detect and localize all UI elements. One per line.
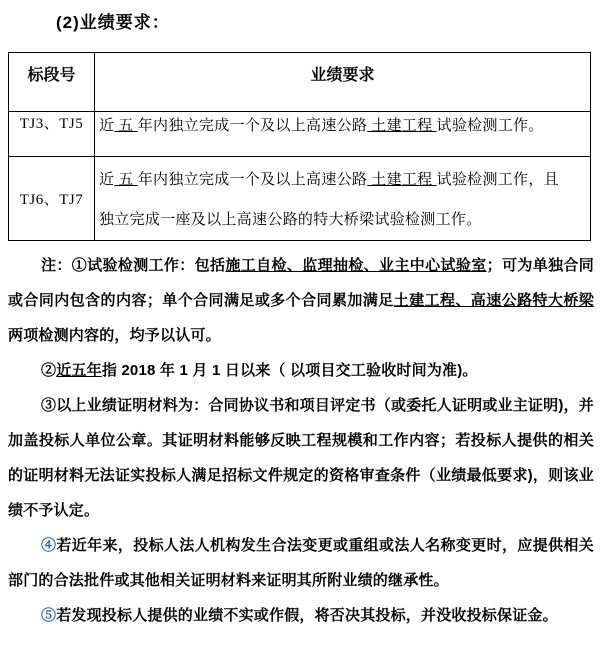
table-row: TJ6、TJ7 近 五 年内独立完成一个及以上高速公路 土建工程 试验检测工作，… [9,157,591,241]
section-cell: TJ3、TJ5 [9,112,95,157]
note-paragraph: ⑤若发现投标人提供的业绩不实或作假，将否决其投标，并没收投标保证金。 [8,598,594,633]
table-header-row: 标段号 业绩要求 [9,53,591,112]
page-title: (2)业绩要求： [8,12,594,34]
performance-requirements-table: 标段号 业绩要求 TJ3、TJ5 近 五 年内独立完成一个及以上高速公路 土建工… [8,52,591,241]
notes-section: 注：①试验检测工作：包括施工自检、监理抽检、业主中心试验室；可为单独合同或合同内… [8,248,594,633]
document-page: (2)业绩要求： 标段号 业绩要求 TJ3、TJ5 近 五 年内独立完成一个及以… [0,0,603,649]
requirement-cell: 近 五 年内独立完成一个及以上高速公路 土建工程 试验检测工作，且独立完成一座及… [95,157,591,241]
requirement-cell: 近 五 年内独立完成一个及以上高速公路 土建工程 试验检测工作。 [95,112,591,157]
note-paragraph: ③以上业绩证明材料为：合同协议书和项目评定书（或委托人证明或业主证明)，并加盖投… [8,388,594,528]
table-row: TJ3、TJ5 近 五 年内独立完成一个及以上高速公路 土建工程 试验检测工作。 [9,112,591,157]
note-paragraph: ④若近年来，投标人法人机构发生合法变更或重组或法人名称变更时，应提供相关部门的合… [8,528,594,598]
table-header-requirement: 业绩要求 [95,53,591,112]
note-paragraph: 注：①试验检测工作：包括施工自检、监理抽检、业主中心试验室；可为单独合同或合同内… [8,248,594,353]
table-header-section: 标段号 [9,53,95,112]
note-paragraph: ②近五年指 2018 年 1 月 1 日以来（ 以项目交工验收时间为准)。 [8,353,594,388]
section-cell: TJ6、TJ7 [9,157,95,241]
